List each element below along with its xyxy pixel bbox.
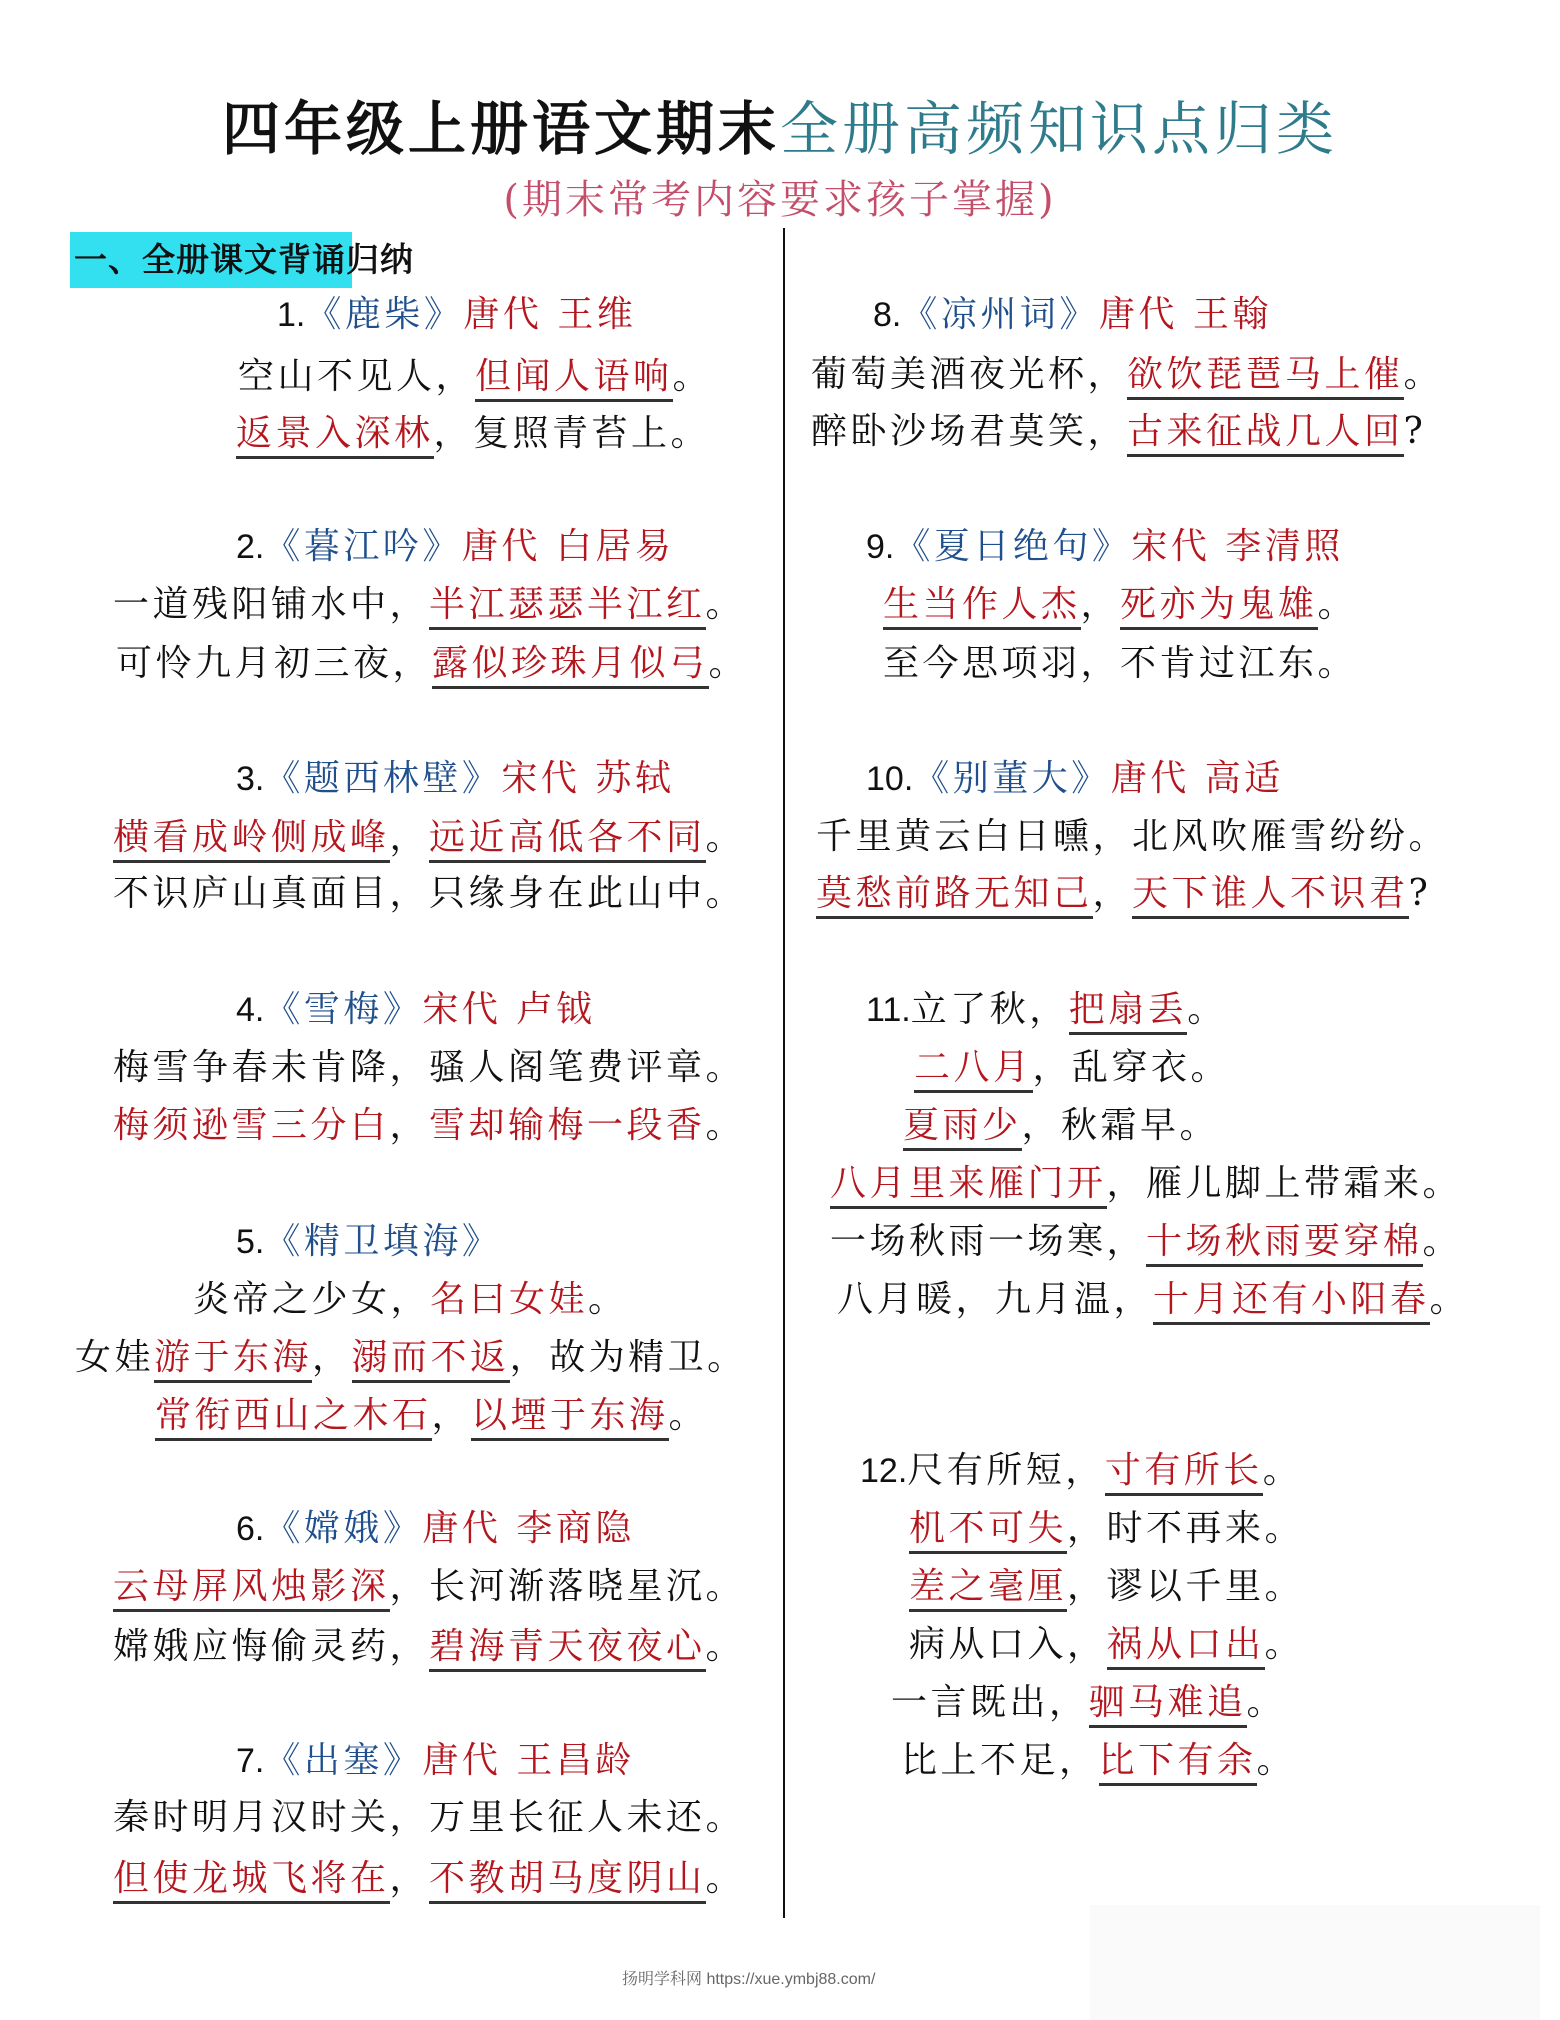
highlighted-text: 宋代 李清照 (1131, 526, 1343, 567)
text-segment: 可怜九月初三夜， (116, 643, 432, 684)
key-phrase-underlined: 驷马难追 (1089, 1682, 1247, 1728)
poem-line: 葡萄美酒夜光杯，欲饮琵琶马上催。 (811, 352, 1443, 398)
text-segment: ， (1081, 584, 1121, 625)
poem-line: 机不可失，时不再来。 (909, 1506, 1304, 1552)
poem-line: 9.《夏日绝句》宋代 李清照 (866, 524, 1344, 570)
poem-line: 但使龙城飞将在，不教胡马度阴山。 (113, 1856, 745, 1902)
poem-line: 1.《鹿柴》唐代 王维 (277, 292, 636, 338)
text-segment: 。 (1404, 354, 1444, 395)
key-phrase-underlined: 寸有所长 (1105, 1450, 1263, 1496)
text-segment: ，乱穿衣。 (1033, 1047, 1231, 1088)
key-phrase-underlined: 返景入深林 (236, 413, 434, 459)
key-phrase-underlined: 远近高低各不同 (429, 817, 706, 863)
text-segment: 立了秋， (911, 989, 1069, 1030)
text-segment: ，故为精卫。 (510, 1337, 747, 1378)
key-phrase-underlined: 祸从口出 (1107, 1624, 1265, 1670)
key-phrase-underlined: 机不可失 (909, 1508, 1067, 1554)
highlighted-text: 唐代 王维 (463, 294, 636, 335)
title-main: 四年级上册语文期末 (222, 95, 780, 163)
key-phrase-underlined: 溺而不返 (352, 1337, 510, 1383)
text-segment: 。 (1263, 1450, 1303, 1491)
text-segment: 。 (1430, 1279, 1470, 1320)
text-segment: 。 (1318, 584, 1358, 625)
key-phrase-underlined: 云母屏风烛影深 (113, 1566, 390, 1612)
key-phrase-underlined: 但闻人语响 (475, 356, 673, 402)
key-phrase-underlined: 天下谁人不识君 (1132, 873, 1409, 919)
text-segment: 病从口入， (909, 1624, 1107, 1665)
poem-line: 2.《暮江吟》唐代 白居易 (236, 524, 674, 570)
text-segment: 。 (669, 1395, 709, 1436)
highlighted-text: 唐代 李商隐 (422, 1508, 634, 1549)
item-number: 12. (860, 1452, 907, 1490)
text-segment: 八月暖，九月温， (837, 1279, 1153, 1320)
text-segment: 。 (1257, 1740, 1297, 1781)
poem-line: 6.《嫦娥》唐代 李商隐 (236, 1506, 635, 1552)
key-phrase-underlined: 但使龙城飞将在 (113, 1858, 390, 1904)
key-phrase-underlined: 游于东海 (154, 1337, 312, 1383)
key-phrase-underlined: 差之毫厘 (909, 1566, 1067, 1612)
text-segment: ， (390, 1105, 430, 1146)
text-segment: 一言既出， (891, 1682, 1089, 1723)
highlighted-text: 唐代 白居易 (462, 526, 674, 567)
poem-line: 八月暖，九月温，十月还有小阳春。 (837, 1277, 1469, 1323)
text-segment: 秦时明月汉时关，万里长征人未还。 (113, 1797, 745, 1838)
poem-line: 莫愁前路无知己，天下谁人不识君? (816, 871, 1431, 917)
text-segment: 炎帝之少女， (193, 1279, 430, 1320)
item-number: 1. (277, 296, 305, 334)
text-segment: 。 (673, 356, 713, 397)
key-phrase-underlined: 夏雨少 (903, 1105, 1022, 1151)
item-number: 7. (236, 1742, 264, 1780)
section-heading: 一、全册课文背诵归纳 (70, 232, 352, 288)
text-segment: 。 (706, 1858, 746, 1899)
poem-line: 二八月，乱穿衣。 (914, 1045, 1230, 1091)
watermark: 扬明学科网 https://xue.ymbj88.com/ (622, 1966, 875, 1989)
text-segment: 嫦娥应悔偷灵药， (113, 1626, 429, 1667)
text-segment: 葡萄美酒夜光杯， (811, 354, 1127, 395)
key-phrase-underlined: 比下有余 (1099, 1740, 1257, 1786)
text-segment: 醉卧沙场君莫笑， (811, 411, 1127, 452)
text-segment: ， (432, 1395, 472, 1436)
poem-line: 3.《题西林壁》宋代 苏轼 (236, 756, 674, 802)
text-segment: 。 (706, 1105, 746, 1146)
key-phrase-underlined: 欲饮琵琶马上催 (1127, 354, 1404, 400)
poem-line: 嫦娥应悔偷灵药，碧海青天夜夜心。 (113, 1624, 745, 1670)
text-segment: 。 (1265, 1624, 1305, 1665)
title-highlight: 全册高频知识点归类 (780, 95, 1338, 163)
highlighted-text: 宋代 卢钺 (422, 989, 595, 1030)
key-phrase-underlined: 八月里来雁门开 (830, 1163, 1107, 1209)
item-number: 8. (873, 296, 901, 334)
poem-line: 7.《出塞》唐代 王昌龄 (236, 1738, 635, 1784)
corner-shade (1090, 1905, 1540, 2020)
key-phrase-underlined: 莫愁前路无知己 (816, 873, 1093, 919)
key-phrase-underlined: 不教胡马度阴山 (429, 1858, 706, 1904)
column-divider (783, 228, 785, 1918)
item-number: 10. (866, 760, 913, 798)
poem-line: 5.《精卫填海》 (236, 1219, 501, 1265)
text-segment: 女娃 (75, 1337, 154, 1378)
poem-line: 千里黄云白日曛，北风吹雁雪纷纷。 (816, 814, 1448, 860)
item-number: 6. (236, 1510, 264, 1548)
poem-line: 炎帝之少女，名曰女娃。 (193, 1277, 628, 1323)
key-phrase-underlined: 生当作人杰 (883, 584, 1081, 630)
highlighted-text: 宋代 苏轼 (501, 758, 674, 799)
poem-title: 《夏日绝句》 (894, 526, 1131, 567)
text-segment: 。 (706, 817, 746, 858)
highlighted-text: 名曰女娃 (430, 1279, 588, 1320)
highlighted-text: 唐代 王昌龄 (422, 1740, 634, 1781)
text-segment: 比上不足， (901, 1740, 1099, 1781)
poem-line: 空山不见人，但闻人语响。 (238, 354, 712, 400)
poem-title: 《题西林壁》 (264, 758, 501, 799)
poem-line: 梅雪争春未肯降，骚人阁笔费评章。 (113, 1045, 745, 1091)
text-segment: 。 (709, 643, 749, 684)
text-segment: 一道残阳铺水中， (113, 584, 429, 625)
poem-line: 不识庐山真面目，只缘身在此山中。 (113, 871, 745, 917)
highlighted-text: 雪却输梅一段香 (429, 1105, 706, 1146)
text-segment: ，复照青苔上。 (434, 413, 711, 454)
poem-line: 一场秋雨一场寒，十场秋雨要穿棉。 (830, 1219, 1462, 1265)
poem-line: 女娃游于东海，溺而不返，故为精卫。 (75, 1335, 747, 1381)
item-number: 9. (866, 528, 894, 566)
poem-line: 10.《别董大》唐代 高适 (866, 756, 1284, 802)
text-segment: ? (1409, 873, 1432, 914)
key-phrase-underlined: 古来征战几人回 (1127, 411, 1404, 457)
text-segment: ， (390, 1858, 430, 1899)
key-phrase-underlined: 把扇丢 (1069, 989, 1188, 1035)
poem-line: 12.尺有所短，寸有所长。 (860, 1448, 1302, 1494)
key-phrase-underlined: 十月还有小阳春 (1153, 1279, 1430, 1325)
poem-line: 夏雨少，秋霜早。 (903, 1103, 1219, 1149)
poem-line: 八月里来雁门开，雁儿脚上带霜来。 (830, 1161, 1462, 1207)
poem-line: 一言既出，驷马难追。 (891, 1680, 1286, 1726)
highlighted-text: 唐代 高适 (1111, 758, 1284, 799)
text-segment: 。 (1187, 989, 1227, 1030)
text-segment: 至今思项羽，不肯过江东。 (883, 643, 1357, 684)
poem-line: 云母屏风烛影深，长河渐落晓星沉。 (113, 1564, 745, 1610)
highlighted-text: 唐代 王翰 (1099, 294, 1272, 335)
text-segment: 。 (1423, 1221, 1463, 1262)
poem-line: 病从口入，祸从口出。 (909, 1622, 1304, 1668)
item-number: 3. (236, 760, 264, 798)
page-subtitle: (期末常考内容要求孩子掌握) (0, 168, 1560, 225)
poem-line: 醉卧沙场君莫笑，古来征战几人回? (811, 409, 1426, 455)
key-phrase-underlined: 碧海青天夜夜心 (429, 1626, 706, 1672)
key-phrase-underlined: 十场秋雨要穿棉 (1146, 1221, 1423, 1267)
poem-line: 8.《凉州词》唐代 王翰 (873, 292, 1272, 338)
text-segment: ，谬以千里。 (1067, 1566, 1304, 1607)
poem-line: 11.立了秋，把扇丢。 (866, 987, 1227, 1033)
key-phrase-underlined: 露似珍珠月似弓 (432, 643, 709, 689)
text-segment: ? (1404, 411, 1427, 452)
page-title: 四年级上册语文期末全册高频知识点归类 (0, 82, 1560, 166)
poem-title: 《雪梅》 (264, 989, 422, 1030)
key-phrase-underlined: 以堙于东海 (471, 1395, 669, 1441)
key-phrase-underlined: 二八月 (914, 1047, 1033, 1093)
key-phrase-underlined: 常衔西山之木石 (155, 1395, 432, 1441)
item-number: 5. (236, 1223, 264, 1261)
highlighted-text: 梅须逊雪三分白 (113, 1105, 390, 1146)
poem-line: 比上不足，比下有余。 (901, 1738, 1296, 1784)
poem-line: 生当作人杰，死亦为鬼雄。 (883, 582, 1357, 628)
poem-title: 《鹿柴》 (305, 294, 463, 335)
poem-line: 横看成岭侧成峰，远近高低各不同。 (113, 815, 745, 861)
text-segment: 。 (706, 1626, 746, 1667)
text-segment: 不识庐山真面目，只缘身在此山中。 (113, 873, 745, 914)
text-segment: 。 (706, 584, 746, 625)
item-number: 11. (866, 991, 911, 1029)
poem-line: 梅须逊雪三分白，雪却输梅一段香。 (113, 1103, 745, 1149)
text-segment: 尺有所短， (907, 1450, 1105, 1491)
text-segment: ，时不再来。 (1067, 1508, 1304, 1549)
key-phrase-underlined: 死亦为鬼雄 (1120, 584, 1318, 630)
poem-line: 至今思项羽，不肯过江东。 (883, 641, 1357, 687)
text-segment: 千里黄云白日曛，北风吹雁雪纷纷。 (816, 816, 1448, 857)
item-number: 4. (236, 991, 264, 1029)
text-segment: ，秋霜早。 (1022, 1105, 1220, 1146)
poem-line: 常衔西山之木石，以堙于东海。 (155, 1393, 708, 1439)
poem-line: 差之毫厘，谬以千里。 (909, 1564, 1304, 1610)
text-segment: 梅雪争春未肯降，骚人阁笔费评章。 (113, 1047, 745, 1088)
text-segment: 空山不见人， (238, 356, 475, 397)
poem-line: 可怜九月初三夜，露似珍珠月似弓。 (116, 641, 748, 687)
text-segment: ， (390, 817, 430, 858)
text-segment: ，雁儿脚上带霜来。 (1107, 1163, 1463, 1204)
poem-title: 《别董大》 (913, 758, 1111, 799)
key-phrase-underlined: 横看成岭侧成峰 (113, 817, 390, 863)
poem-title: 《凉州词》 (901, 294, 1099, 335)
poem-title: 《精卫填海》 (264, 1221, 501, 1262)
key-phrase-underlined: 半江瑟瑟半江红 (429, 584, 706, 630)
text-segment: 。 (1247, 1682, 1287, 1723)
poem-line: 一道残阳铺水中，半江瑟瑟半江红。 (113, 582, 745, 628)
poem-line: 4.《雪梅》宋代 卢钺 (236, 987, 595, 1033)
poem-title: 《嫦娥》 (264, 1508, 422, 1549)
text-segment: 一场秋雨一场寒， (830, 1221, 1146, 1262)
text-segment: ， (1093, 873, 1133, 914)
text-segment: ， (312, 1337, 352, 1378)
text-segment: ，长河渐落晓星沉。 (390, 1566, 746, 1607)
text-segment: 。 (588, 1279, 628, 1320)
poem-line: 返景入深林，复照青苔上。 (236, 411, 710, 457)
poem-title: 《暮江吟》 (264, 526, 462, 567)
poem-title: 《出塞》 (264, 1740, 422, 1781)
item-number: 2. (236, 528, 264, 566)
poem-line: 秦时明月汉时关，万里长征人未还。 (113, 1795, 745, 1841)
